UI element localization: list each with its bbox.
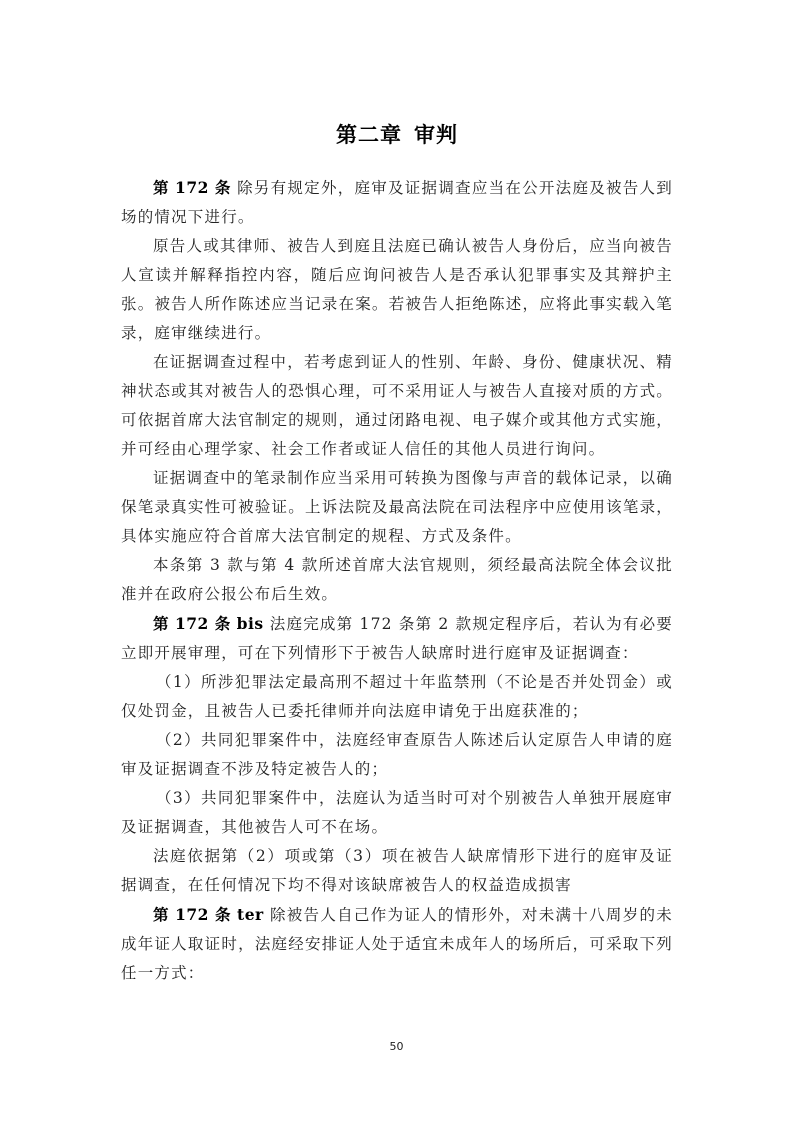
article-number: 第 172 条 ter xyxy=(153,905,264,924)
chapter-name: 审判 xyxy=(414,123,458,147)
page-number: 50 xyxy=(0,1040,793,1053)
paragraph: 在证据调查过程中，若考虑到证人的性别、年龄、身份、健康状况、精神状态或其对被告人… xyxy=(121,348,673,464)
paragraph: 证据调查中的笔录制作应当采用可转换为图像与声音的载体记录，以确保笔录真实性可被验… xyxy=(121,464,673,551)
article-number: 第 172 条 xyxy=(153,178,231,197)
body-text: 第 172 条 除另有规定外，庭审及证据调查应当在公开法庭及被告人到场的情况下进… xyxy=(121,173,673,988)
paragraph: 法庭依据第（2）项或第（3）项在被告人缺席情形下进行的庭审及证据调查，在任何情况… xyxy=(121,842,673,900)
paragraph: 原告人或其律师、被告人到庭且法庭已确认被告人身份后，应当向被告人宣读并解释指控内… xyxy=(121,232,673,348)
paragraph: 本条第 3 款与第 4 款所述首席大法官规则，须经最高法院全体会议批准并在政府公… xyxy=(121,551,673,609)
paragraph-article-172: 第 172 条 除另有规定外，庭审及证据调查应当在公开法庭及被告人到场的情况下进… xyxy=(121,173,673,232)
list-item: （2）共同犯罪案件中，法庭经审查原告人陈述后认定原告人申请的庭审及证据调查不涉及… xyxy=(121,726,673,784)
list-item: （1）所涉犯罪法定最高刑不超过十年监禁刑（不论是否并处罚金）或仅处罚金，且被告人… xyxy=(121,668,673,726)
chapter-title: 第二章审判 xyxy=(121,119,673,149)
paragraph-article-172-bis: 第 172 条 bis 法庭完成第 172 条第 2 款规定程序后，若认为有必要… xyxy=(121,609,673,668)
chapter-number: 第二章 xyxy=(336,123,402,147)
article-number: 第 172 条 bis xyxy=(153,614,264,633)
paragraph-article-172-ter: 第 172 条 ter 除被告人自己作为证人的情形外，对未满十八周岁的未成年证人… xyxy=(121,900,673,988)
list-item: （3）共同犯罪案件中，法庭认为适当时可对个别被告人单独开展庭审及证据调查，其他被… xyxy=(121,784,673,842)
